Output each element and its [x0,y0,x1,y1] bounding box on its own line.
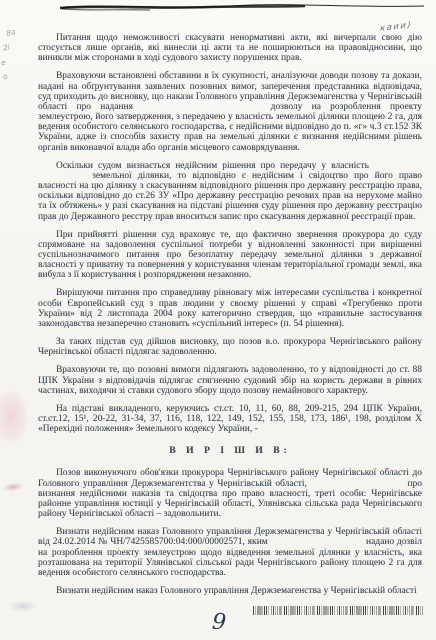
redacted-blank [206,108,261,109]
scanned-court-decision-page: каии) 8а 2і е о Питання щодо неможливост… [0,0,436,640]
para-court-conclusion: Враховуючи встановлені обставини в їх су… [38,71,422,152]
document-body: Питання щодо неможливості скасувати нено… [38,33,422,604]
para-legal-basis: На підставі викладеного, керуючись ст.ст… [38,404,422,434]
redacted-blank [359,485,404,486]
para-public-interest: При прийнятті рішення суд враховує те, щ… [38,230,422,281]
para-invalidate-order-2: Визнати недійсним наказ Головного управл… [38,586,422,596]
redacted-blank [374,167,422,168]
para-invalidate-order-1: Визнати недійсним наказ Головного управл… [38,527,422,578]
barcode [253,606,423,615]
para-conclusion-satisfy: За таких підстав суд дійшов висновку, що… [38,337,422,357]
para-invalid-registration: Оскільки судом визнається недійсним ріше… [38,161,422,222]
handwritten-note: каии) [380,20,413,34]
para-court-fee: Враховуючи те, що позовні вимоги підляга… [38,365,422,395]
heading-verdict: В И Р І Ш И В: [38,446,422,456]
pink-ink-mark [0,480,27,494]
redacted-blank [318,543,363,544]
margin-bleed-mark: 8а [5,27,16,38]
redacted-blank [270,543,315,544]
redacted-blank [38,177,86,178]
para-echr-tregubenko: Вирішуючи питання про справедливу рівнов… [38,288,422,329]
scan-artifact-top-streak [0,0,436,16]
handwritten-page-number: 9 [211,610,227,636]
margin-bleed-mark: о [2,72,8,82]
redacted-blank [310,485,355,486]
margin-bleed-mark: 2і [2,42,11,52]
redacted-blank [142,108,197,109]
para-non-normative-acts: Питання щодо неможливості скасувати нено… [38,33,422,63]
pink-stamp-bleed [0,380,34,454]
para-claim-satisfied: Позов виконуючого обов'язки прокурора Че… [38,468,422,519]
margin-bleed-mark: е [0,58,6,68]
